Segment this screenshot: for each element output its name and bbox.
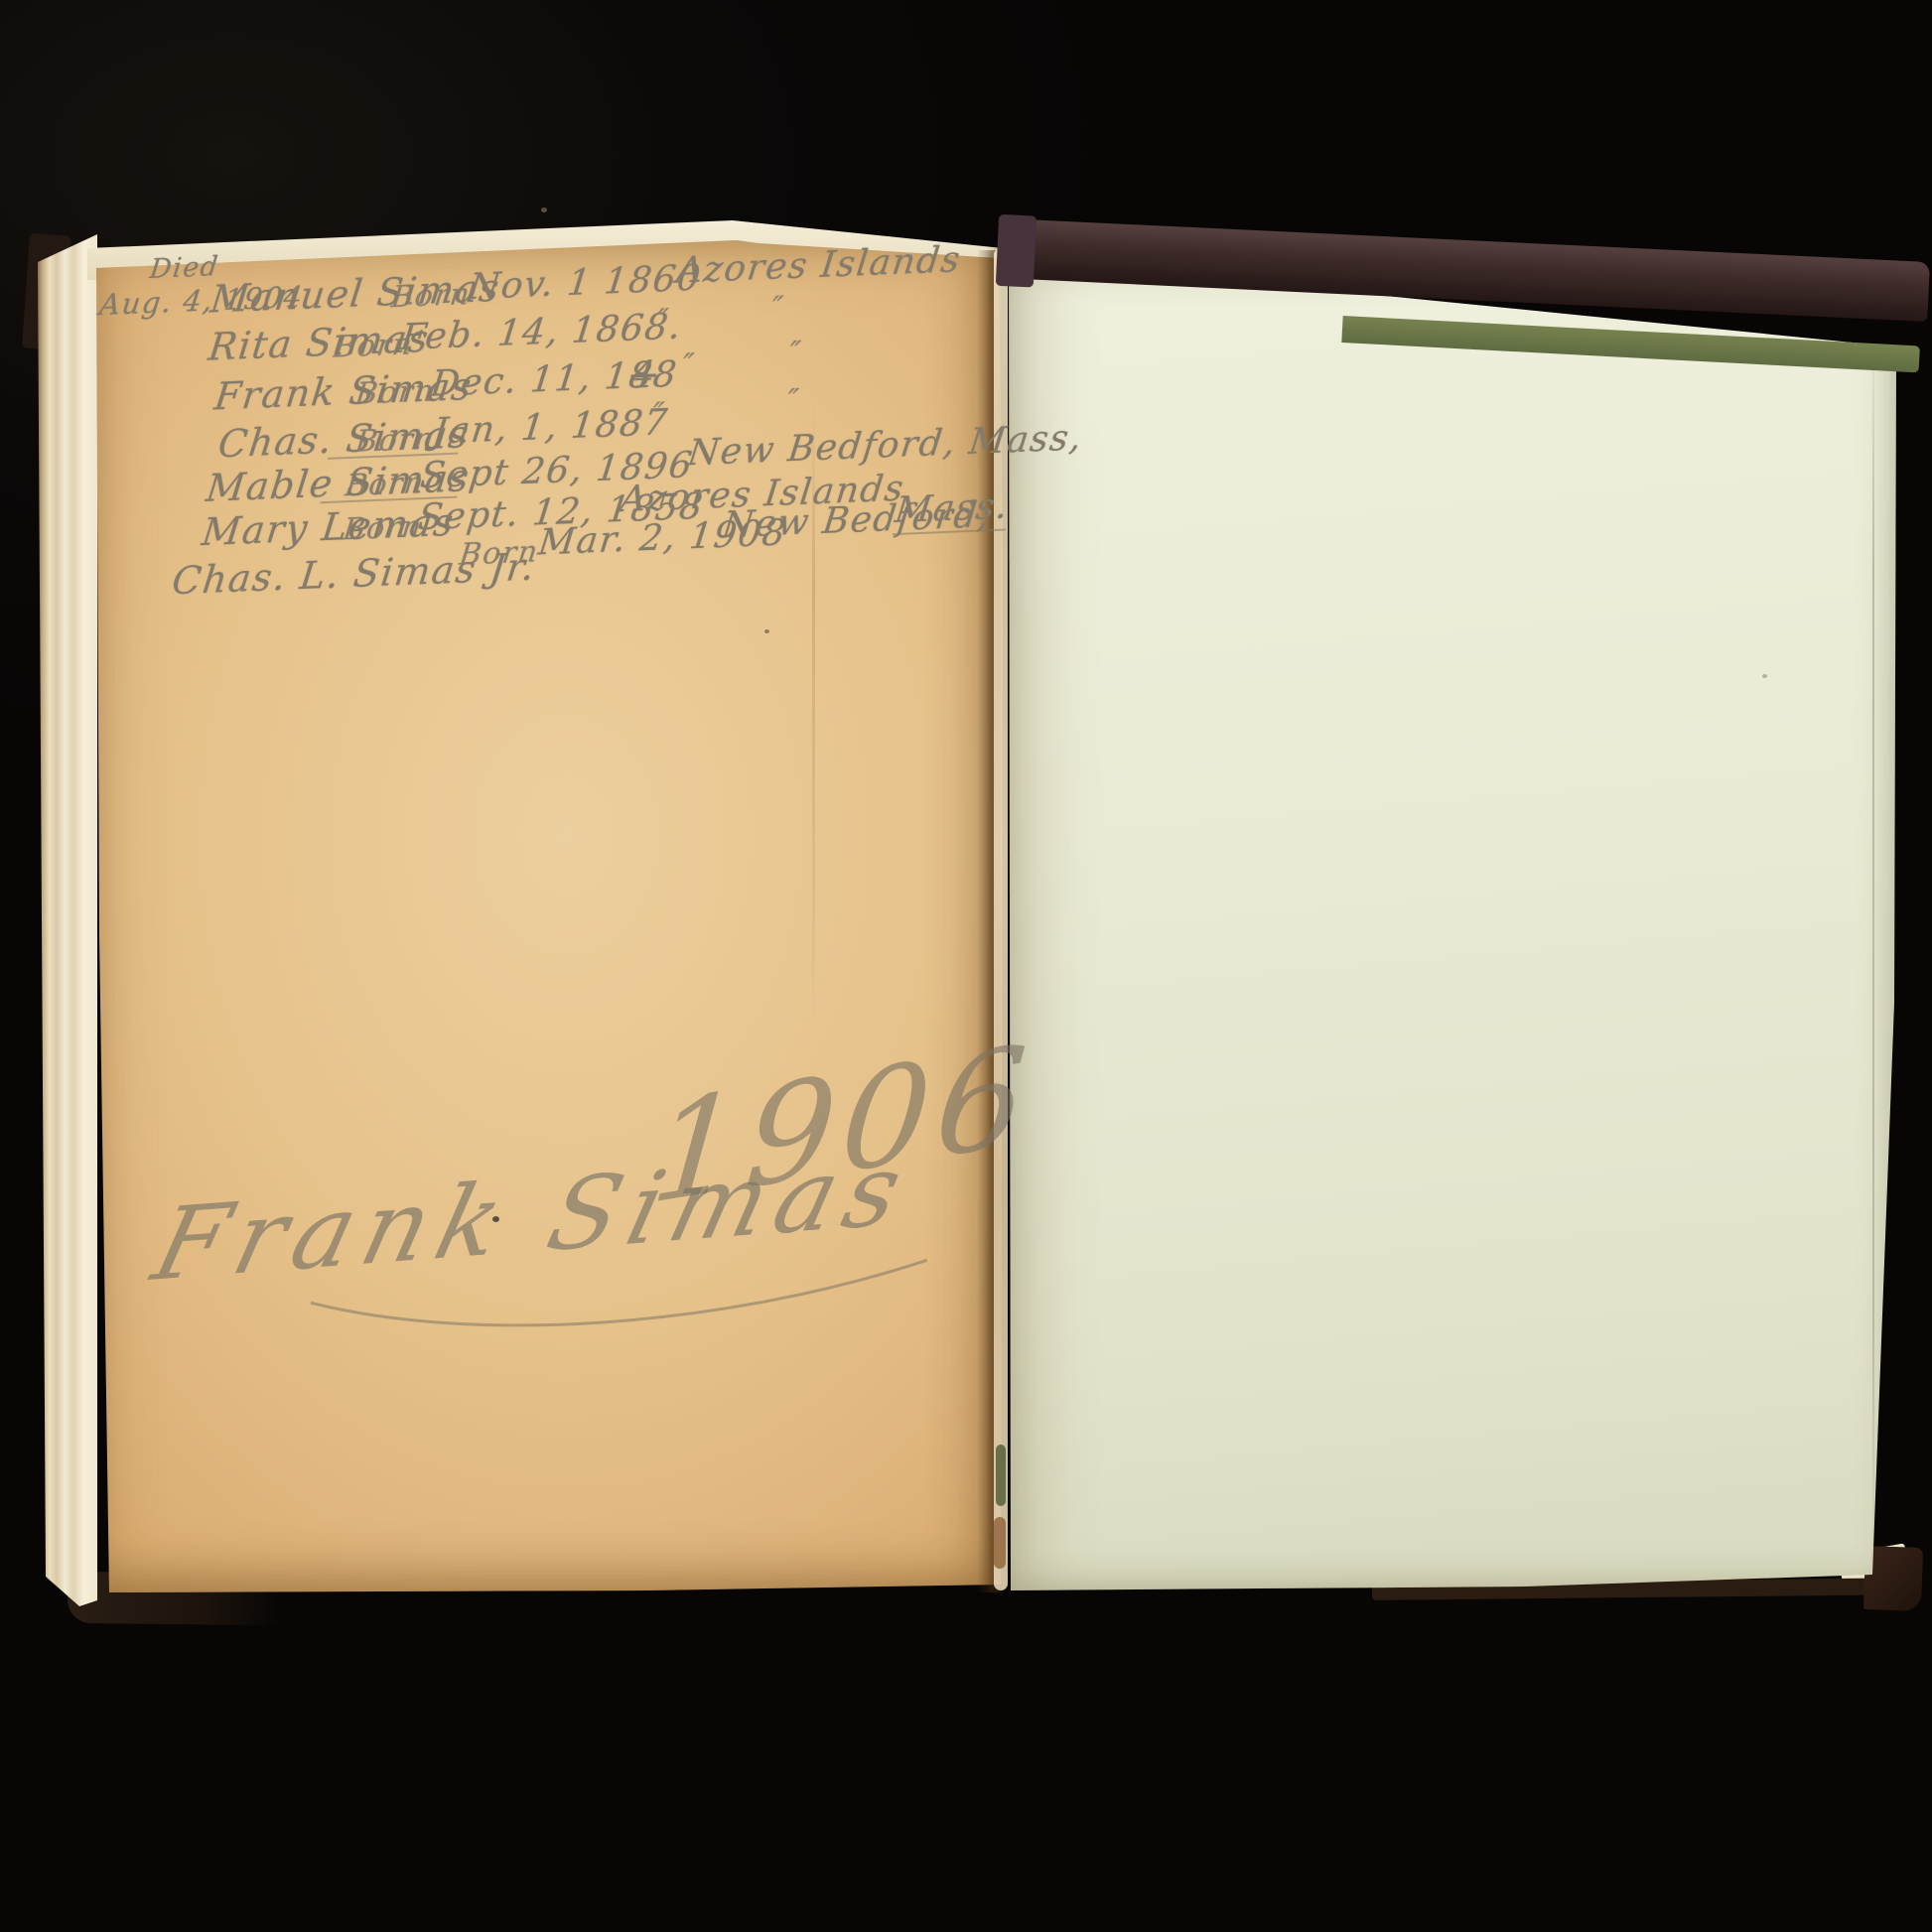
record-6-born: Born <box>458 534 541 572</box>
page-stack-left-edges <box>38 226 97 1606</box>
record-3-date: Jan, 1, 1887 <box>430 402 670 453</box>
record-5-born: Born <box>342 509 425 547</box>
record-6-place-underlined: Mass. <box>893 485 1011 535</box>
record-2-ditto-islands: ″ <box>787 336 804 371</box>
record-4-born: Born <box>344 466 427 503</box>
death-note-label: Died <box>148 251 220 285</box>
record-2-date-struck-digit: 4 <box>628 352 658 396</box>
signature-year: 1906 <box>645 1015 1037 1235</box>
paper-speck <box>541 207 547 212</box>
paper-speck <box>764 629 769 633</box>
record-2-ditto-azores: ″ <box>680 347 697 383</box>
photo-of-open-record-book: Died Aug. 4, 1904 Manuel Simas Born Nov.… <box>0 0 1932 1932</box>
paper-speck <box>1762 674 1767 678</box>
record-0-place: Azores Islands <box>674 239 963 292</box>
record-1-ditto-islands: ″ <box>769 290 786 326</box>
handwritten-records: Died Aug. 4, 1904 Manuel Simas Born Nov.… <box>97 208 1043 1579</box>
right-page <box>1009 248 1900 1598</box>
record-0-born: Born <box>389 277 473 315</box>
owner-signature: Frank Simas 1906 <box>157 1101 983 1451</box>
record-3-born: Born <box>353 421 437 459</box>
record-2-born: Born <box>353 373 437 411</box>
record-1-date: Feb. 14, 1868. <box>399 306 685 358</box>
record-3-ditto-islands: ″ <box>785 383 802 419</box>
right-page-crease <box>1872 318 1874 1569</box>
paper-speck <box>492 1216 499 1222</box>
record-0-date: Nov. 1 1860 <box>467 257 704 308</box>
